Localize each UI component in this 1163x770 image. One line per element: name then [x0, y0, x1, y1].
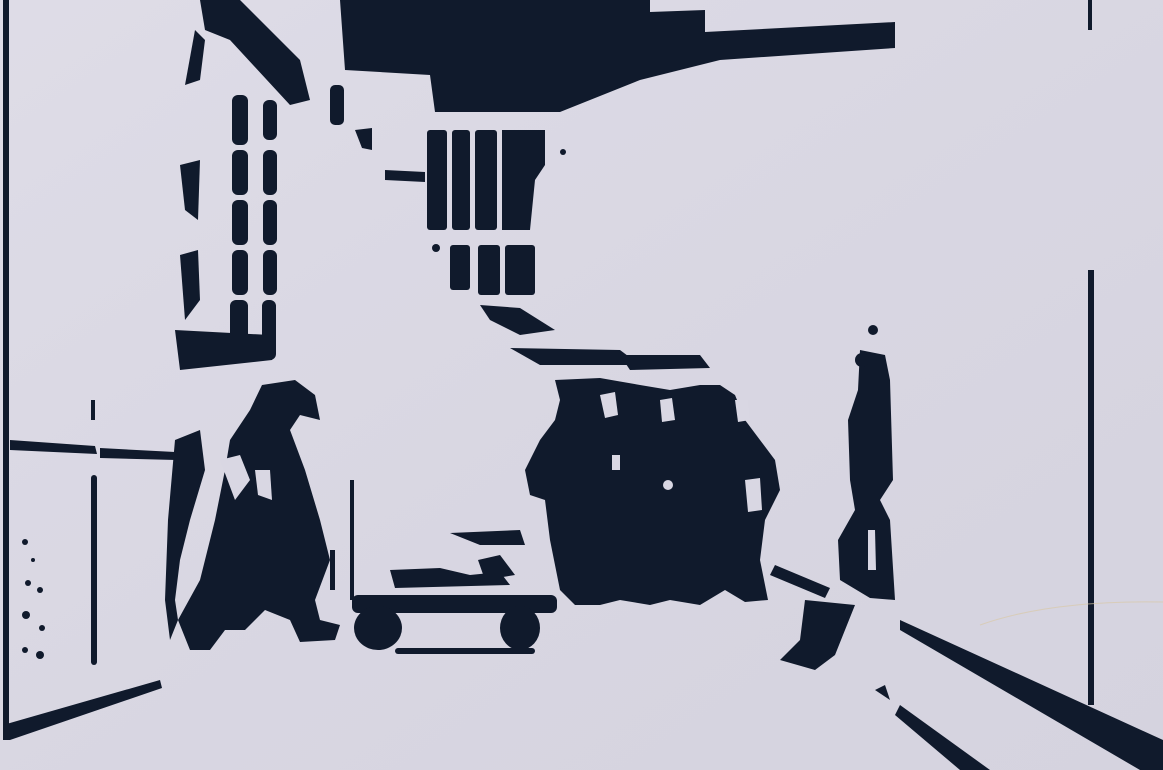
- photograph: [0, 0, 1163, 770]
